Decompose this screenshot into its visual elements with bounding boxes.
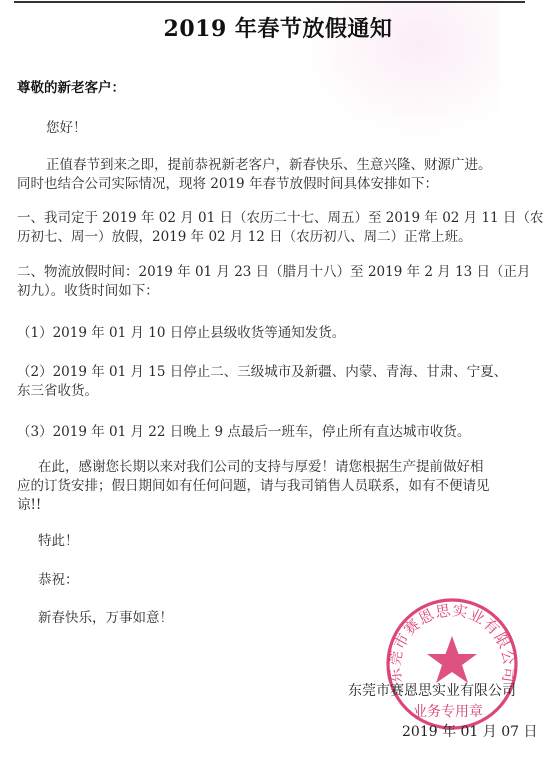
intro-line-2: 同时也结合公司实际情况，现将 2019 年春节放假时间具体安排如下： (17, 175, 438, 194)
closing-line-3: 谅!! (17, 496, 41, 515)
salutation: 尊敬的新老客户： (17, 79, 125, 98)
document-title: 2019 年春节放假通知 (0, 12, 556, 43)
item-2-line-2: 东三省收货。 (17, 382, 98, 401)
item-3: （3）2019 年 01 月 22 日晚上 9 点最后一班车，停止所有直达城市收… (17, 423, 470, 442)
section-1-line-2: 历初七、周一）放假，2019 年 02 月 12 日（农历初八、周二）正常上班。 (17, 228, 472, 247)
item-1: （1）2019 年 01 月 10 日停止县级收货等通知发货。 (17, 324, 345, 343)
signature-date: 2019 年 01 月 07 日 (402, 723, 538, 742)
greeting: 您好！ (46, 119, 87, 138)
wishes: 新春快乐，万事如意！ (38, 609, 173, 628)
section-2-line-1: 二、物流放假时间：2019 年 01 月 23 日（腊月十八）至 2019 年 … (17, 263, 531, 282)
signature-company: 东莞市赛恩思实业有限公司 (348, 682, 516, 701)
intro-line-1: 正值春节到来之即，提前恭祝新老客户，新春快乐、生意兴隆、财源广进。 (46, 156, 492, 175)
te-ci: 特此！ (38, 532, 79, 551)
top-rule (14, 1, 525, 3)
section-2-line-2: 初九）。收货时间如下： (17, 282, 159, 301)
star-icon (427, 636, 477, 683)
closing-line-1: 在此，感谢您长期以来对我们公司的支持与厚爱！请您根据生产提前做好相 (38, 458, 484, 477)
closing-line-2: 应的订货安排；假日期间如有任何问题，请与我司销售人员联系，如有不便请见 (17, 477, 490, 496)
seal-label: 业务专用章 (413, 703, 483, 722)
section-1-line-1: 一、我司定于 2019 年 02 月 01 日（农历二十七、周五）至 2019 … (17, 209, 543, 228)
item-2-line-1: （2）2019 年 01 月 15 日停止二、三级城市及新疆、内蒙、青海、甘肃、… (17, 363, 507, 382)
gong-zhu: 恭祝： (38, 571, 79, 590)
